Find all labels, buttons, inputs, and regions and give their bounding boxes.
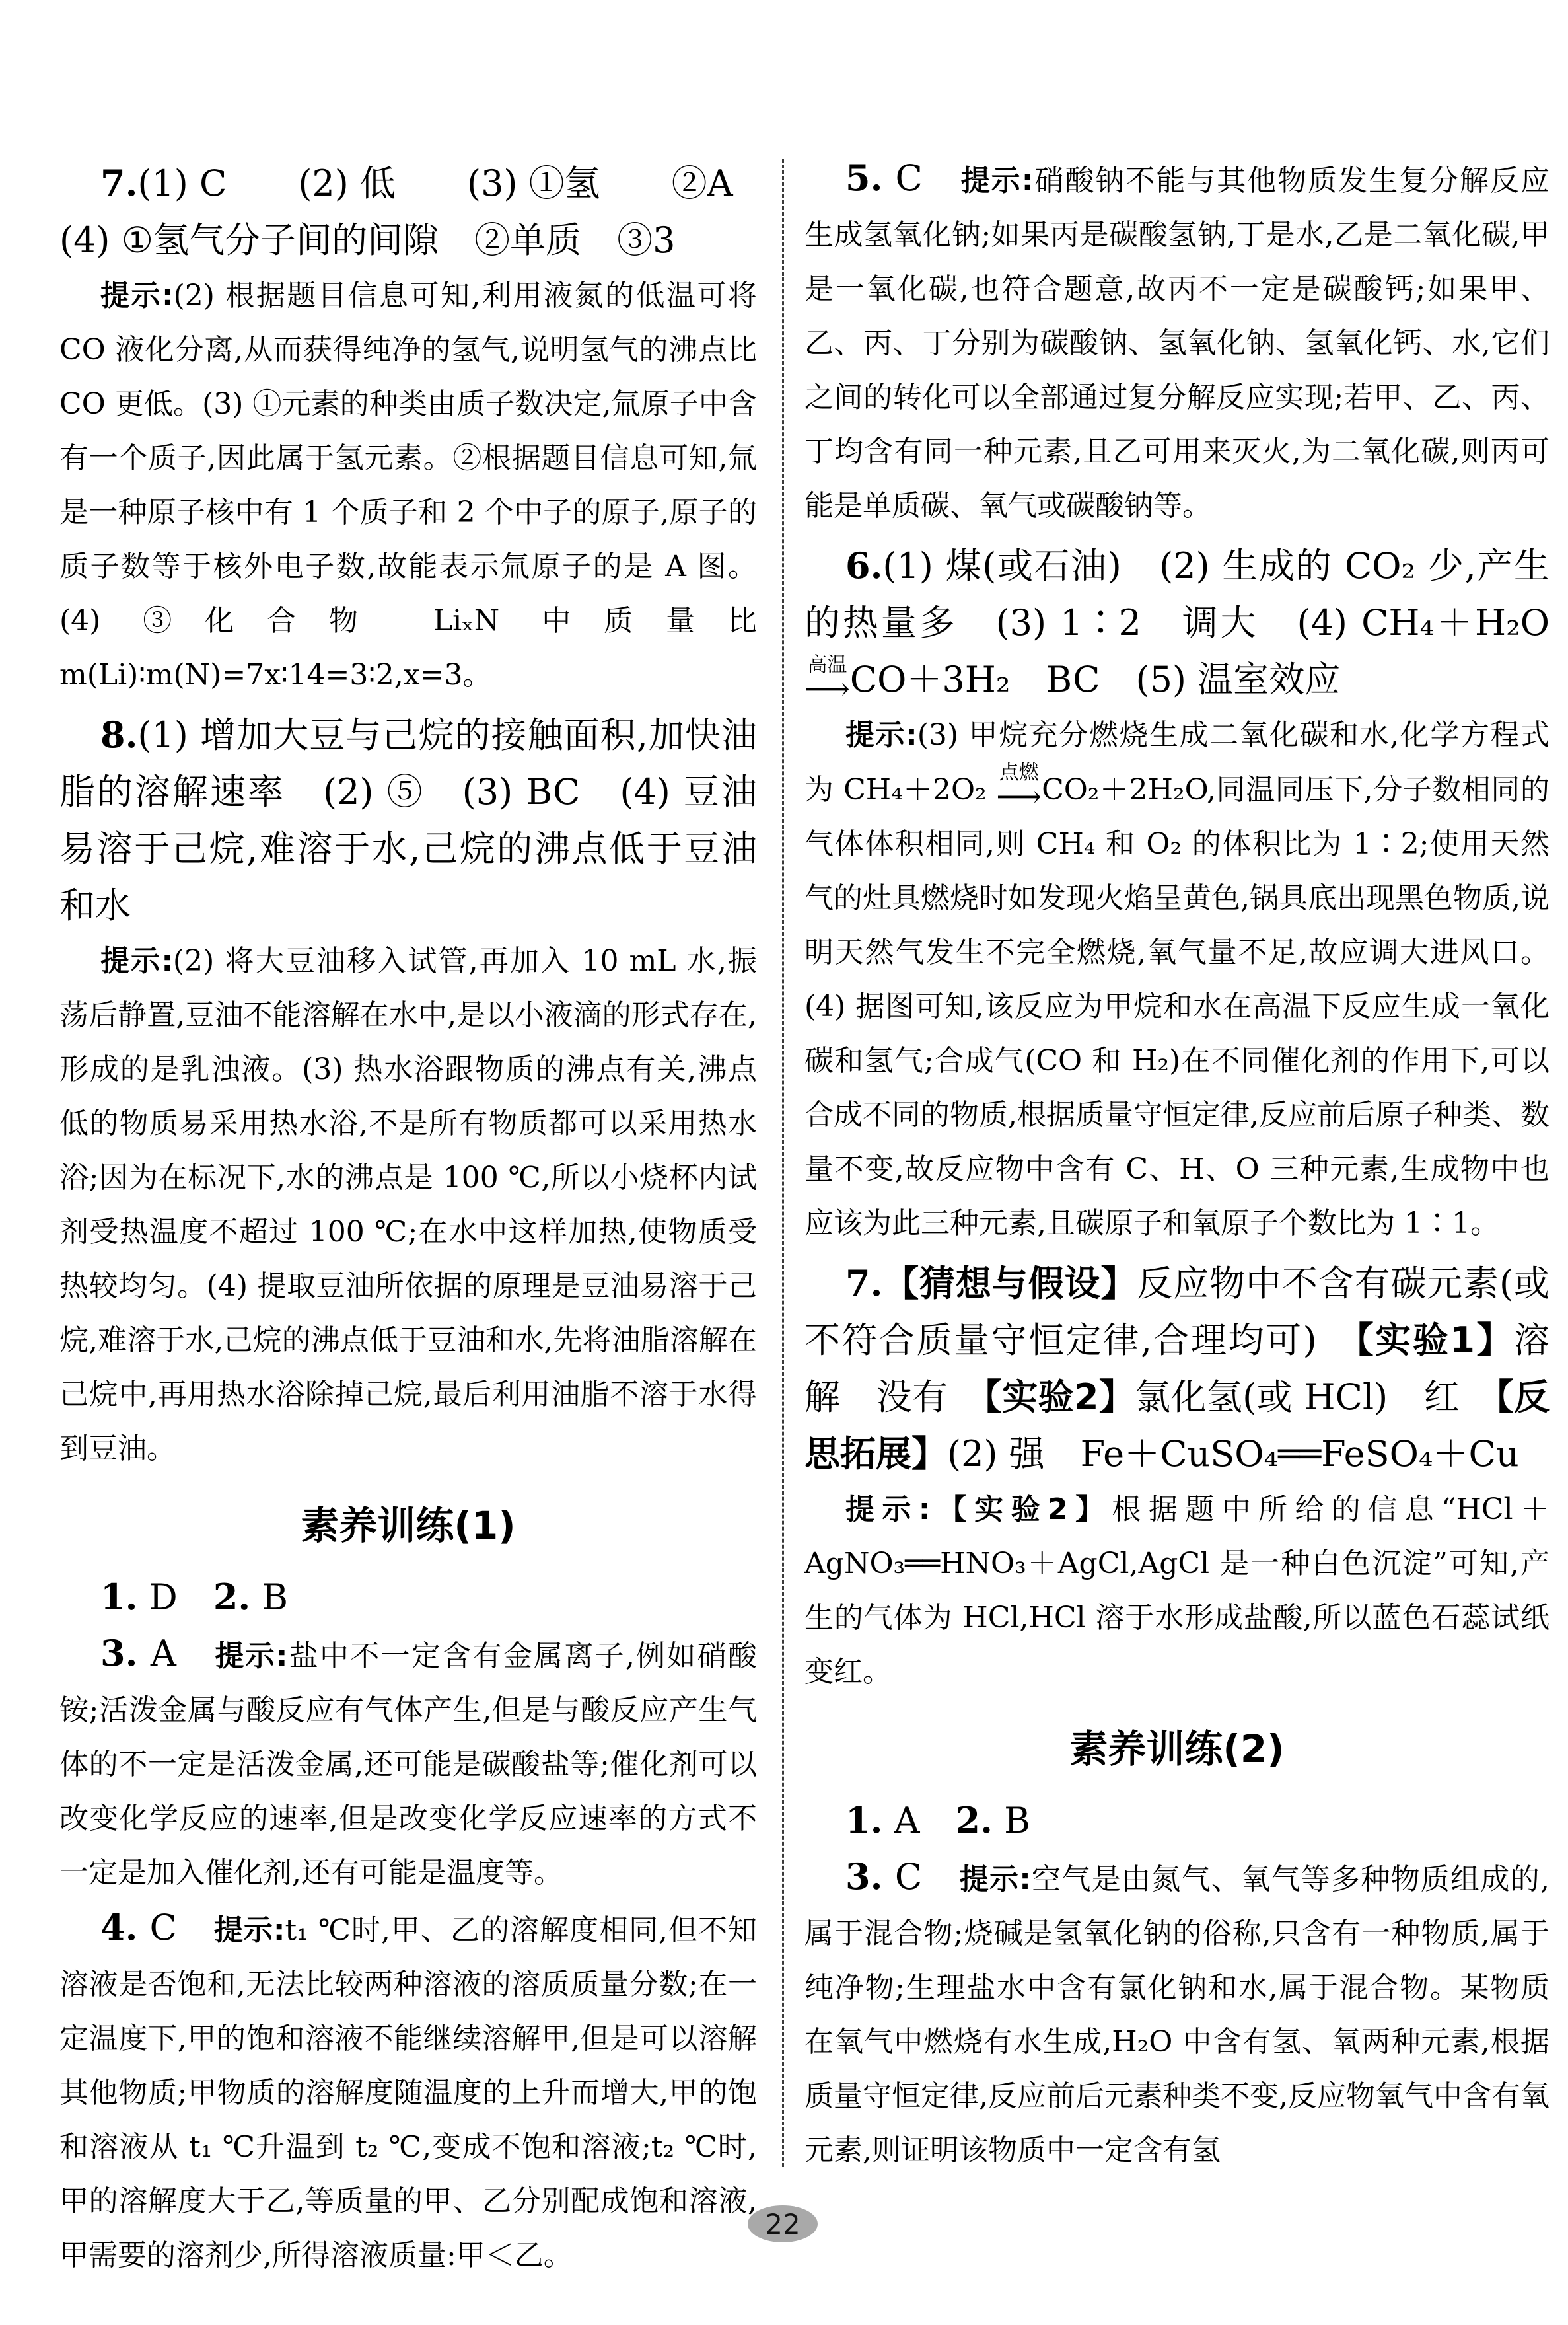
answer-item-7: 7.(1) C (2) 低 (3) ①氢 ②A (4) ①氢气分子间的间隙 ②单…: [59, 155, 757, 269]
answer-letter: B: [993, 1800, 1030, 1841]
hint-label: 提示:: [960, 1863, 1031, 1896]
answer-letter: A: [137, 1633, 215, 1674]
answer-text: (1) 增加大豆与己烷的接触面积,加快油脂的溶解速率 (2) ⑤ (3) BC …: [59, 714, 757, 926]
item-number: 1.: [845, 1799, 882, 1841]
hint-item-7-experiment: 提示:【实验2】根据题中所给的信息“HCl＋AgNO₃══HNO₃＋AgCl,A…: [804, 1483, 1550, 1699]
answer-item-4: 4. C 提示:t₁ ℃时,甲、乙的溶解度相同,但不知溶液是否饱和,无法比较两种…: [59, 1900, 757, 2283]
answer-key-page: 7.(1) C (2) 低 (3) ①氢 ②A (4) ①氢气分子间的间隙 ②单…: [0, 0, 1568, 2325]
left-column: 7.(1) C (2) 低 (3) ①氢 ②A (4) ①氢气分子间的间隙 ②单…: [59, 151, 757, 2283]
bracket-label: 【实验1】: [1356, 1319, 1514, 1361]
hint-text: 硝酸钠不能与其他物质发生复分解反应生成氢氧化钠;如果丙是碳酸氢钠,丁是水,乙是二…: [804, 164, 1550, 523]
answer-text: (1) 煤(或石油) (2) 生成的 CO₂ 少,产生的热量多 (3) 1∶2 …: [804, 545, 1550, 644]
hint-item-8: 提示:(2) 将大豆油移入试管,再加入 10 mL 水,振荡后静置,豆油不能溶解…: [59, 934, 757, 1476]
hint-label: 提示:: [215, 1639, 287, 1673]
item-number: 3.: [100, 1632, 137, 1674]
section-title-training-1: 素养训练(1): [59, 1502, 757, 1549]
item-number: 3.: [845, 1855, 882, 1898]
answer-letter: B: [250, 1576, 288, 1618]
item-number: 7.: [845, 1262, 882, 1304]
answer-letter: C: [882, 1856, 959, 1898]
answer-item-5: 5. C 提示:硝酸钠不能与其他物质发生复分解反应生成氢氧化钠;如果丙是碳酸氢钠…: [804, 151, 1550, 533]
right-column: 5. C 提示:硝酸钠不能与其他物质发生复分解反应生成氢氧化钠;如果丙是碳酸氢钠…: [804, 151, 1550, 2178]
answer-letter: D: [137, 1576, 213, 1618]
bracket-label: 【猜想与假设】: [882, 1263, 1137, 1304]
answer-item-3: 3. A 提示:盐中不一定含有金属离子,例如硝酸铵;活泼金属与酸反应有气体产生,…: [59, 1626, 757, 1900]
item-number: 2.: [956, 1799, 993, 1841]
hint-label: 提示:: [214, 1913, 285, 1947]
answer-text: CO＋3H₂ BC (5) 温室效应: [850, 659, 1340, 700]
hint-label: 提示:: [845, 718, 917, 752]
answer-letter: C: [882, 157, 960, 199]
item-number: 4.: [100, 1906, 137, 1948]
hint-label: 提示:: [845, 1493, 930, 1526]
answer-letter: C: [137, 1907, 214, 1948]
hint-text: t₁ ℃时,甲、乙的溶解度相同,但不知溶液是否饱和,无法比较两种溶液的溶质质量分…: [59, 1913, 757, 2272]
page-number: 22: [765, 2208, 800, 2240]
hint-text: CO₂＋2H₂O,同温同压下,分子数相同的气体体积相同,则 CH₄ 和 O₂ 的…: [804, 773, 1550, 1240]
hint-item-7: 提示:(2) 根据题目信息可知,利用液氮的低温可将 CO 液化分离,从而获得纯净…: [59, 269, 757, 702]
hint-text: (2) 将大豆油移入试管,再加入 10 mL 水,振荡后静置,豆油不能溶解在水中…: [59, 944, 757, 1465]
answer-item-8: 8.(1) 增加大豆与己烷的接触面积,加快油脂的溶解速率 (2) ⑤ (3) B…: [59, 706, 757, 934]
item-number: 2.: [213, 1576, 250, 1618]
item-number: 5.: [845, 157, 882, 199]
answer-text: 氯化氢(或 HCl) 红: [1135, 1376, 1496, 1418]
reaction-arrow: 高温⟶: [804, 655, 850, 702]
item-number: 1.: [100, 1576, 137, 1618]
answer-item-6: 6.(1) 煤(或石油) (2) 生成的 CO₂ 少,产生的热量多 (3) 1∶…: [804, 537, 1550, 708]
column-divider: [782, 159, 784, 2167]
hint-label: 提示:: [100, 944, 173, 978]
answer-text: (2) 强 Fe＋CuSO₄══FeSO₄＋Cu: [947, 1433, 1519, 1475]
answer-text: (1) C (2) 低 (3) ①氢 ②A (4) ①氢气分子间的间隙 ②单质 …: [59, 163, 733, 261]
answers-1-2: 1. D 2. B: [59, 1568, 757, 1626]
bracket-label: 【实验2】: [984, 1376, 1135, 1418]
answer-item-7-experiment: 7.【猜想与假设】反应物中不含有碳元素(或不符合质量守恒定律,合理均可) 【实验…: [804, 1255, 1550, 1483]
reaction-arrow: 点燃⟶: [996, 762, 1042, 810]
hint-label: 提示:: [961, 164, 1034, 198]
item-number: 6.: [845, 544, 882, 587]
answer-letter: A: [882, 1800, 955, 1841]
answer-item-3: 3. C 提示:空气是由氮气、氧气等多种物质组成的,属于混合物;烧碱是氢氧化钠的…: [804, 1849, 1550, 2178]
hint-text: 空气是由氮气、氧气等多种物质组成的,属于混合物;烧碱是氢氧化钠的俗称,只含有一种…: [804, 1863, 1550, 2167]
answers-1-2: 1. A 2. B: [804, 1792, 1550, 1849]
section-title-training-2: 素养训练(2): [804, 1726, 1550, 1772]
hint-label: 提示:: [100, 279, 174, 313]
item-number: 7.: [100, 162, 137, 204]
page-number-badge: 22: [748, 2205, 818, 2242]
item-number: 8.: [100, 714, 137, 756]
hint-text: (2) 根据题目信息可知,利用液氮的低温可将 CO 液化分离,从而获得纯净的氢气…: [59, 279, 757, 692]
hint-item-6: 提示:(3) 甲烷充分燃烧生成二氧化碳和水,化学方程式为 CH₄＋2O₂ 点燃⟶…: [804, 708, 1550, 1251]
right-arrow-icon: ⟶: [996, 784, 1042, 810]
bracket-label: 【实验2】: [930, 1493, 1112, 1526]
right-arrow-icon: ⟶: [804, 676, 850, 702]
hint-text: 盐中不一定含有金属离子,例如硝酸铵;活泼金属与酸反应有气体产生,但是与酸反应产生…: [59, 1639, 757, 1890]
